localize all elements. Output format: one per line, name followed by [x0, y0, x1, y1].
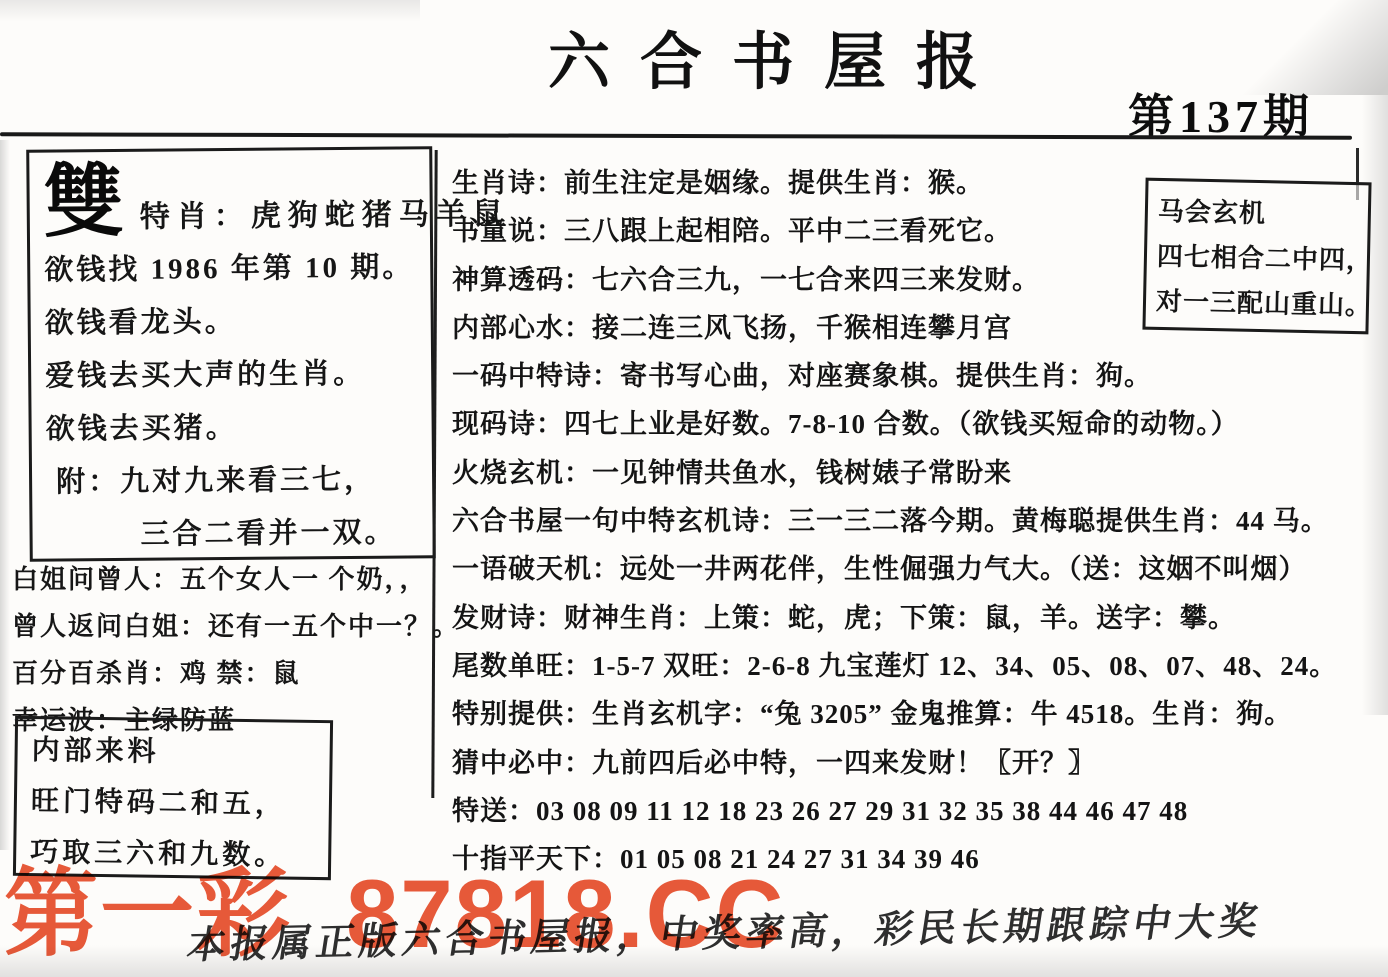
insider-line: 内部来料 — [31, 725, 316, 780]
special-zodiac-box: 雙 特肖：虎狗蛇猪马羊鼠 欲钱找 1986 年第 10 期。 欲钱看龙头。 爱钱… — [26, 146, 436, 562]
verse-line: 欲钱看龙头。 — [45, 294, 419, 350]
horse-club-mystery-box: 马会玄机 四七相合二中四， 对一三配山重山。 — [1142, 178, 1371, 335]
mystery-line: 对一三配山重山。 — [1156, 279, 1357, 328]
mystery-line: 马会玄机 — [1157, 189, 1358, 238]
mystery-line: 四七相合二中四， — [1156, 234, 1357, 283]
verse-line: 特别提供：生肖玄机字：“兔 3205” 金鬼推算：牛 4518。生肖：狗。 — [452, 690, 1364, 738]
scan-artifact — [0, 0, 420, 22]
verse-line: 尾数单旺：1-5-7 双旺：2-6-8 九宝莲灯 12、34、05、08、07、… — [452, 642, 1364, 690]
verse-line: 三合二看并一双。 — [46, 506, 420, 562]
special-zodiac-heading-row: 雙 特肖：虎狗蛇猪马羊鼠 — [43, 153, 418, 244]
verse-line: 附：九对九来看三七， — [46, 453, 420, 509]
newspaper-page: 六合书屋报 第137期 雙 特肖：虎狗蛇猪马羊鼠 欲钱找 1986 年第 10 … — [0, 0, 1388, 977]
verse-line: 现码诗：四七上业是好数。7-8-10 合数。（欲钱买短命的动物。） — [452, 400, 1364, 448]
verse-line: 欲钱找 1986 年第 10 期。 — [44, 241, 418, 297]
note-line: 百分百杀肖：鸡 禁：鼠 — [12, 650, 446, 697]
verse-line: 火烧玄机：一见钟情共鱼水，钱树婊子常盼来 — [452, 449, 1364, 497]
double-character: 雙 — [43, 162, 124, 245]
note-line: 曾人返问白姐：还有一五个中一？。 — [12, 603, 446, 650]
verse-line: 一码中特诗：寄书写心曲，对座赛象棋。提供生肖：狗。 — [452, 352, 1364, 400]
page-title: 六合书屋报 — [548, 12, 1008, 101]
note-line: 白姐问曾人：五个女人一 个奶，， — [12, 556, 446, 603]
verse-line: 欲钱去买猪。 — [45, 400, 419, 456]
verse-line: 一语破天机：远处一井两花伴，生性倔强力气大。（送：这姻不叫烟） — [452, 545, 1364, 593]
verse-line: 特送：03 08 09 11 12 18 23 26 27 29 31 32 3… — [452, 787, 1364, 835]
scan-artifact — [0, 140, 10, 850]
insider-line: 旺门特码二和五， — [31, 776, 316, 831]
verse-line: 发财诗：财神生肖：上策：蛇，虎；下策：鼠，羊。送字：攀。 — [452, 594, 1364, 642]
watermark-text: 第一彩 87818.CC — [4, 836, 785, 975]
verse-line: 猜中必中：九前四后必中特，一四来发财！〖开？〗 — [452, 739, 1364, 787]
verse-line: 爱钱去买大声的生肖。 — [45, 347, 419, 403]
verse-line: 六合书屋一句中特玄机诗：三一三二落今期。黄梅聪提供生肖：44 马。 — [452, 497, 1364, 545]
